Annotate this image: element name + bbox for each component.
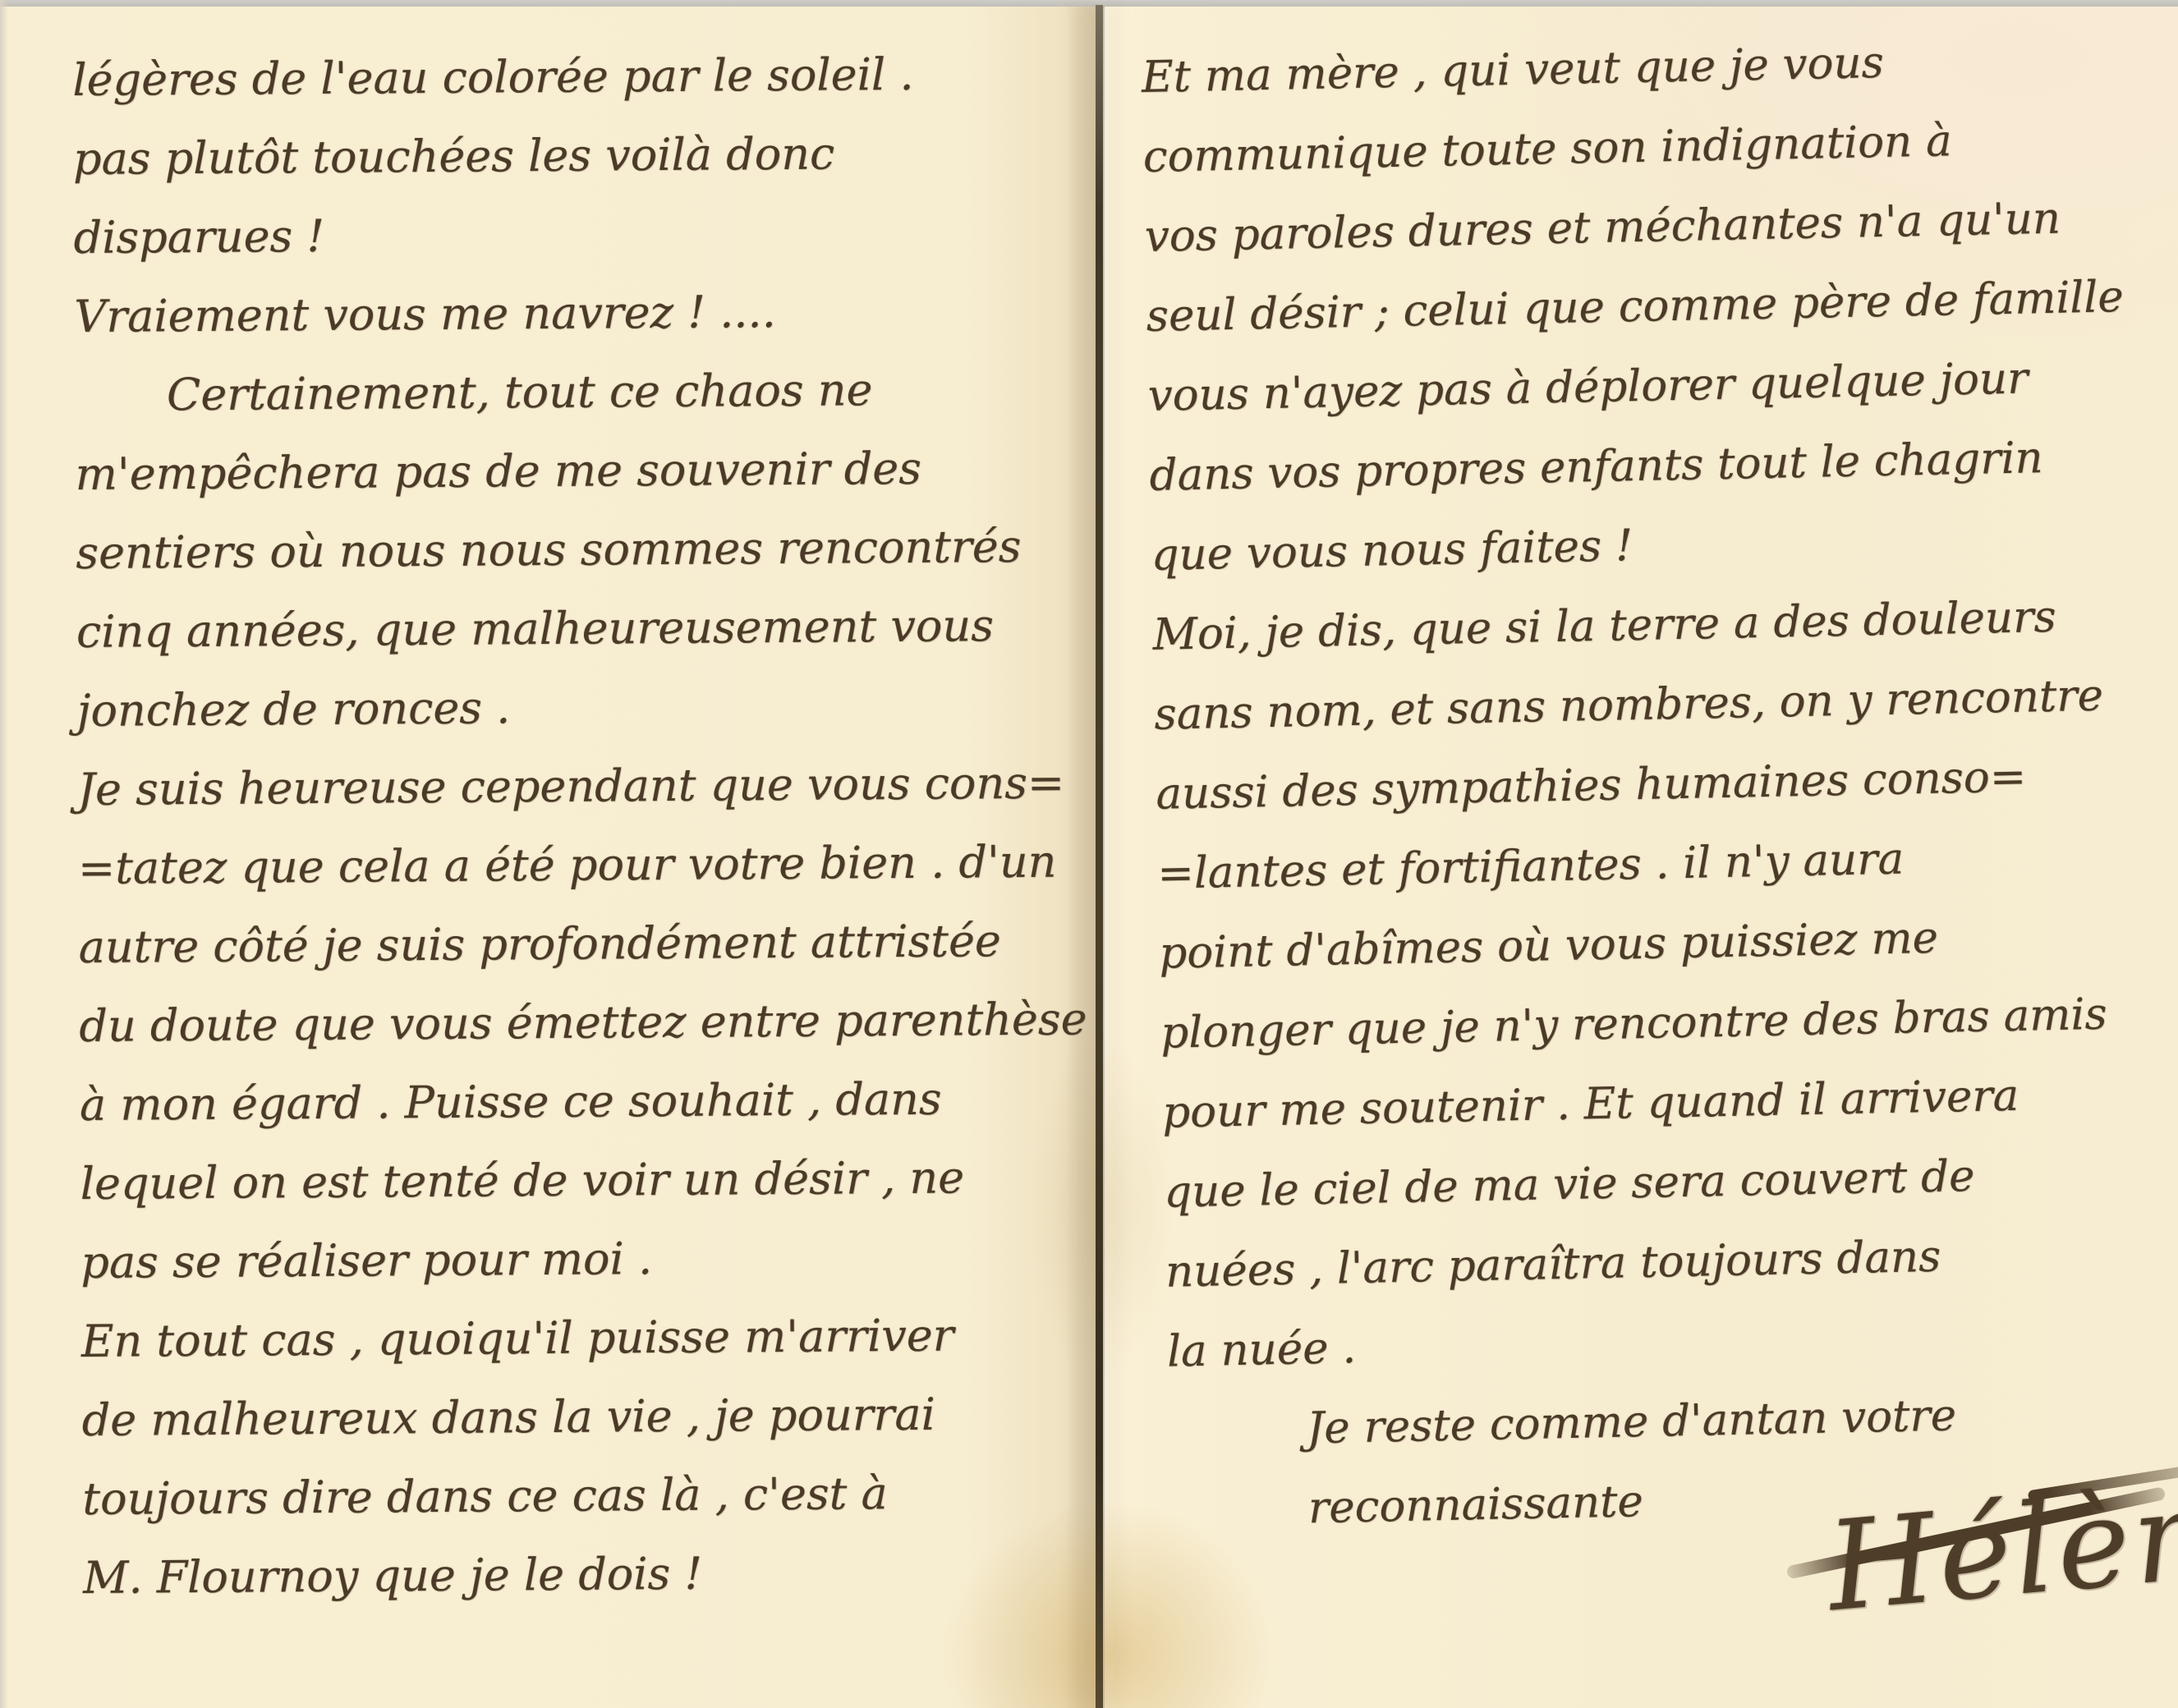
letter-line: =tatez que cela a été pour votre bien . …	[78, 823, 1073, 908]
letter-line: toujours dire dans ce cas là , c'est à	[82, 1453, 1077, 1539]
letter-line: Je suis heureuse cependant que vous cons…	[77, 744, 1072, 829]
letter-line: lequel on est tenté de voir un désir , n…	[80, 1138, 1074, 1224]
paper-stain	[936, 1494, 1281, 1708]
right-page-text: Et ma mère , qui veut que je vous commun…	[1141, 17, 2178, 1551]
right-page: Et ma mère , qui veut que je vous commun…	[1105, 7, 2178, 1708]
letter-line: cinq années, que malheureusement vous	[76, 586, 1071, 672]
letter-scan: légères de l'eau colorée par le soleil .…	[0, 0, 2178, 1708]
left-page-text: légères de l'eau colorée par le soleil .…	[72, 34, 1077, 1618]
left-page: légères de l'eau colorée par le soleil .…	[0, 7, 1099, 1708]
letter-line: autre côté je suis profondément attristé…	[78, 902, 1073, 987]
letter-line: pas se réaliser pour moi .	[80, 1217, 1075, 1302]
letter-line: m'empêchera pas de me souvenir des	[75, 429, 1069, 514]
letter-line: pas plutôt touchées les voilà donc	[73, 113, 1068, 199]
scanner-left-edge	[0, 0, 8, 1708]
letter-line: à mon égard . Puisse ce souhait , dans	[80, 1059, 1074, 1145]
letter-line: M. Flournoy que je le dois !	[83, 1532, 1078, 1618]
letter-line: disparues !	[73, 192, 1068, 278]
letter-line: de malheureux dans la vie , je pourrai	[81, 1375, 1076, 1460]
page-fold	[1096, 5, 1103, 1708]
letter-line: légères de l'eau colorée par le soleil .	[72, 34, 1067, 120]
letter-line: sentiers où nous nous sommes rencontrés	[76, 507, 1070, 593]
letter-line: Certainement, tout ce chaos ne	[75, 350, 1069, 435]
letter-line: du doute que vous émettez entre parenthè…	[79, 980, 1073, 1066]
letter-line: Vraiement vous me navrez ! ....	[74, 271, 1068, 356]
letter-line: En tout cas , quoiqu'il puisse m'arriver	[81, 1296, 1076, 1381]
letter-line: jonchez de ronces .	[76, 665, 1071, 751]
